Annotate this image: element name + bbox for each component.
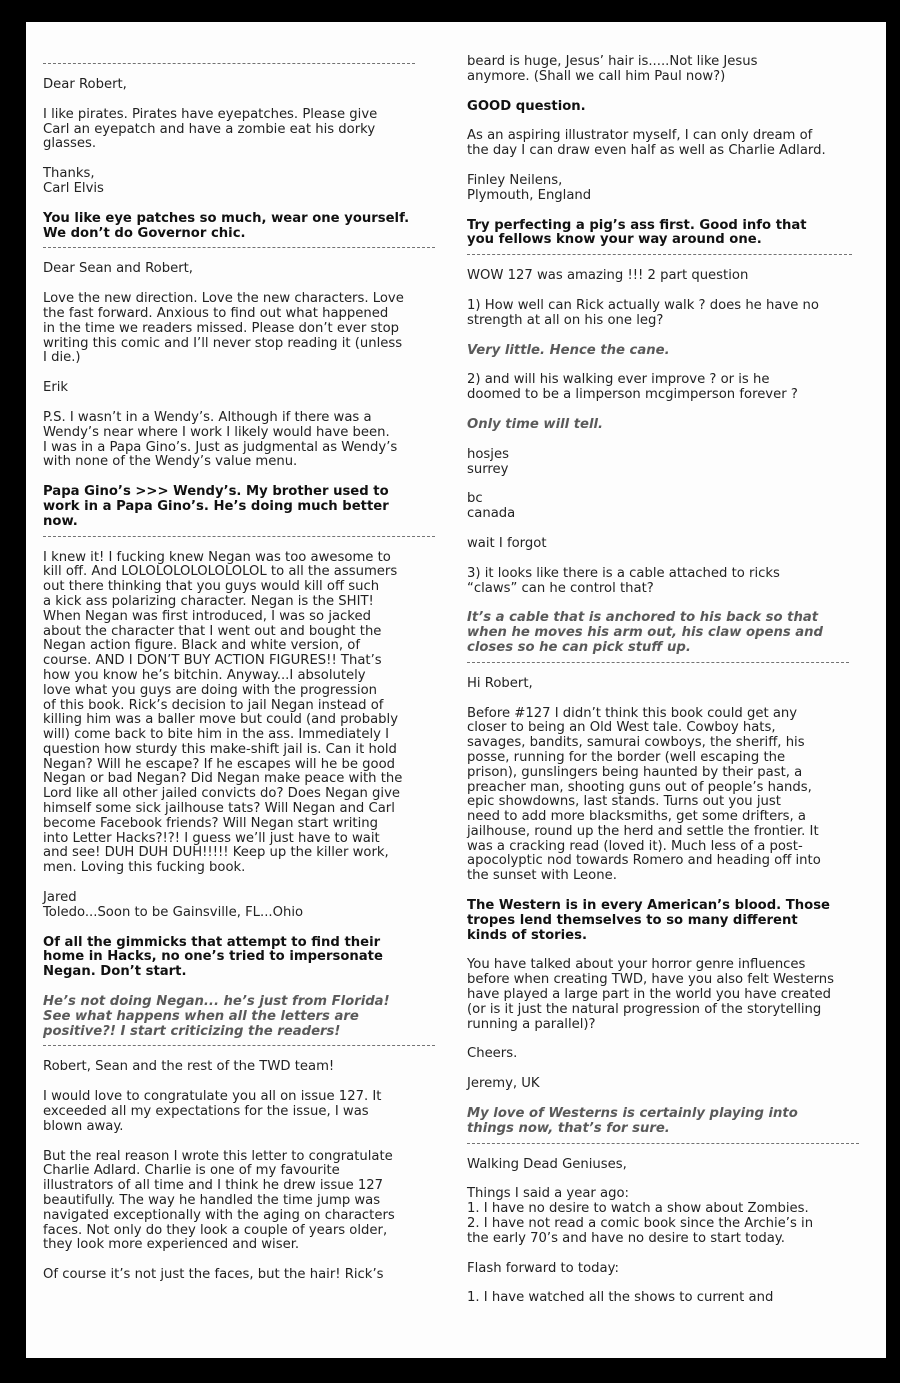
letter-body: beard is huge, Jesus’ hair is.....Not li…	[467, 55, 872, 85]
letter-walking-dead-geniuses: Walking Dead Geniuses, Things I said a y…	[467, 1158, 872, 1307]
letter-postscript: P.S. I wasn’t in a Wendy’s. Although if …	[43, 411, 443, 470]
editor-reply: The Western is in every American’s blood…	[467, 899, 872, 943]
letter-salutation: Walking Dead Geniuses,	[467, 1158, 872, 1173]
letter-divider	[467, 662, 849, 663]
letter-divider	[467, 254, 852, 255]
editor-reply: GOOD question.	[467, 100, 872, 115]
letter-intro: WOW 127 was amazing !!! 2 part question	[467, 269, 872, 284]
editor-reply: Of all the gimmicks that attempt to find…	[43, 936, 443, 980]
letter-body: 1. I have watched all the shows to curre…	[467, 1291, 872, 1306]
letter-divider	[43, 536, 435, 537]
letter-signature-location: bc canada	[467, 492, 872, 522]
letter-finley-neilens-continued: beard is huge, Jesus’ hair is.....Not li…	[467, 55, 872, 248]
letter-signature: Erik	[43, 381, 443, 396]
letter-afterthought: wait I forgot	[467, 537, 872, 552]
letter-jeremy: Hi Robert, Before #127 I didn’t think th…	[467, 677, 872, 1137]
letter-salutation: Hi Robert,	[467, 677, 872, 692]
letter-hosjes: WOW 127 was amazing !!! 2 part question …	[467, 269, 872, 656]
letter-body: Before #127 I didn’t think this book cou…	[467, 707, 872, 885]
letter-body: Flash forward to today:	[467, 1262, 872, 1277]
letter-closing: Cheers.	[467, 1047, 872, 1062]
letter-body: I knew it! I fucking knew Negan was too …	[43, 551, 443, 877]
letter-question-1: 1) How well can Rick actually walk ? doe…	[467, 299, 872, 329]
letter-salutation: Dear Robert,	[43, 78, 443, 93]
letter-body: Of course it’s not just the faces, but t…	[43, 1268, 443, 1283]
letter-body: You have talked about your horror genre …	[467, 958, 872, 1032]
letter-salutation: Robert, Sean and the rest of the TWD tea…	[43, 1060, 443, 1075]
right-column: beard is huge, Jesus’ hair is.....Not li…	[467, 55, 872, 1321]
letter-signature: Thanks, Carl Elvis	[43, 167, 443, 197]
letter-signature: Finley Neilens, Plymouth, England	[467, 174, 872, 204]
letter-carl-elvis: Dear Robert, I like pirates. Pirates hav…	[43, 78, 443, 241]
letter-signature: hosjes surrey	[467, 448, 872, 478]
editor-reply-italic: He’s not doing Negan... he’s just from F…	[43, 995, 443, 1039]
letter-body: As an aspiring illustrator myself, I can…	[467, 129, 872, 159]
editor-reply-italic: Only time will tell.	[467, 418, 872, 433]
letter-jared: I knew it! I fucking knew Negan was too …	[43, 551, 443, 1040]
editor-reply: You like eye patches so much, wear one y…	[43, 212, 443, 242]
left-column: Dear Robert, I like pirates. Pirates hav…	[43, 59, 443, 1298]
letter-erik: Dear Sean and Robert, Love the new direc…	[43, 262, 443, 529]
letter-question-2: 2) and will his walking ever improve ? o…	[467, 373, 872, 403]
editor-reply-italic: My love of Westerns is certainly playing…	[467, 1107, 872, 1137]
editor-reply: Try perfecting a pig’s ass first. Good i…	[467, 219, 872, 249]
letter-signature: Jeremy, UK	[467, 1077, 872, 1092]
letter-divider	[43, 247, 435, 248]
letter-question-3: 3) it looks like there is a cable attach…	[467, 567, 872, 597]
letter-body: I like pirates. Pirates have eyepatches.…	[43, 108, 443, 152]
letter-body: But the real reason I wrote this letter …	[43, 1150, 443, 1254]
editor-reply-italic: Very little. Hence the cane.	[467, 344, 872, 359]
letter-divider	[467, 1143, 859, 1144]
letter-divider	[43, 63, 415, 64]
editor-reply: Papa Gino’s >>> Wendy’s. My brother used…	[43, 485, 443, 529]
letter-salutation: Dear Sean and Robert,	[43, 262, 443, 277]
letter-divider	[43, 1045, 435, 1046]
letter-signature: Jared Toledo...Soon to be Gainsville, FL…	[43, 891, 443, 921]
letter-finley-neilens: Robert, Sean and the rest of the TWD tea…	[43, 1060, 443, 1283]
letter-body: I would love to congratulate you all on …	[43, 1090, 443, 1134]
editor-reply-italic: It’s a cable that is anchored to his bac…	[467, 611, 872, 655]
letter-body: Things I said a year ago: 1. I have no d…	[467, 1187, 872, 1246]
letter-body: Love the new direction. Love the new cha…	[43, 292, 443, 366]
letters-page: Dear Robert, I like pirates. Pirates hav…	[26, 22, 886, 1358]
